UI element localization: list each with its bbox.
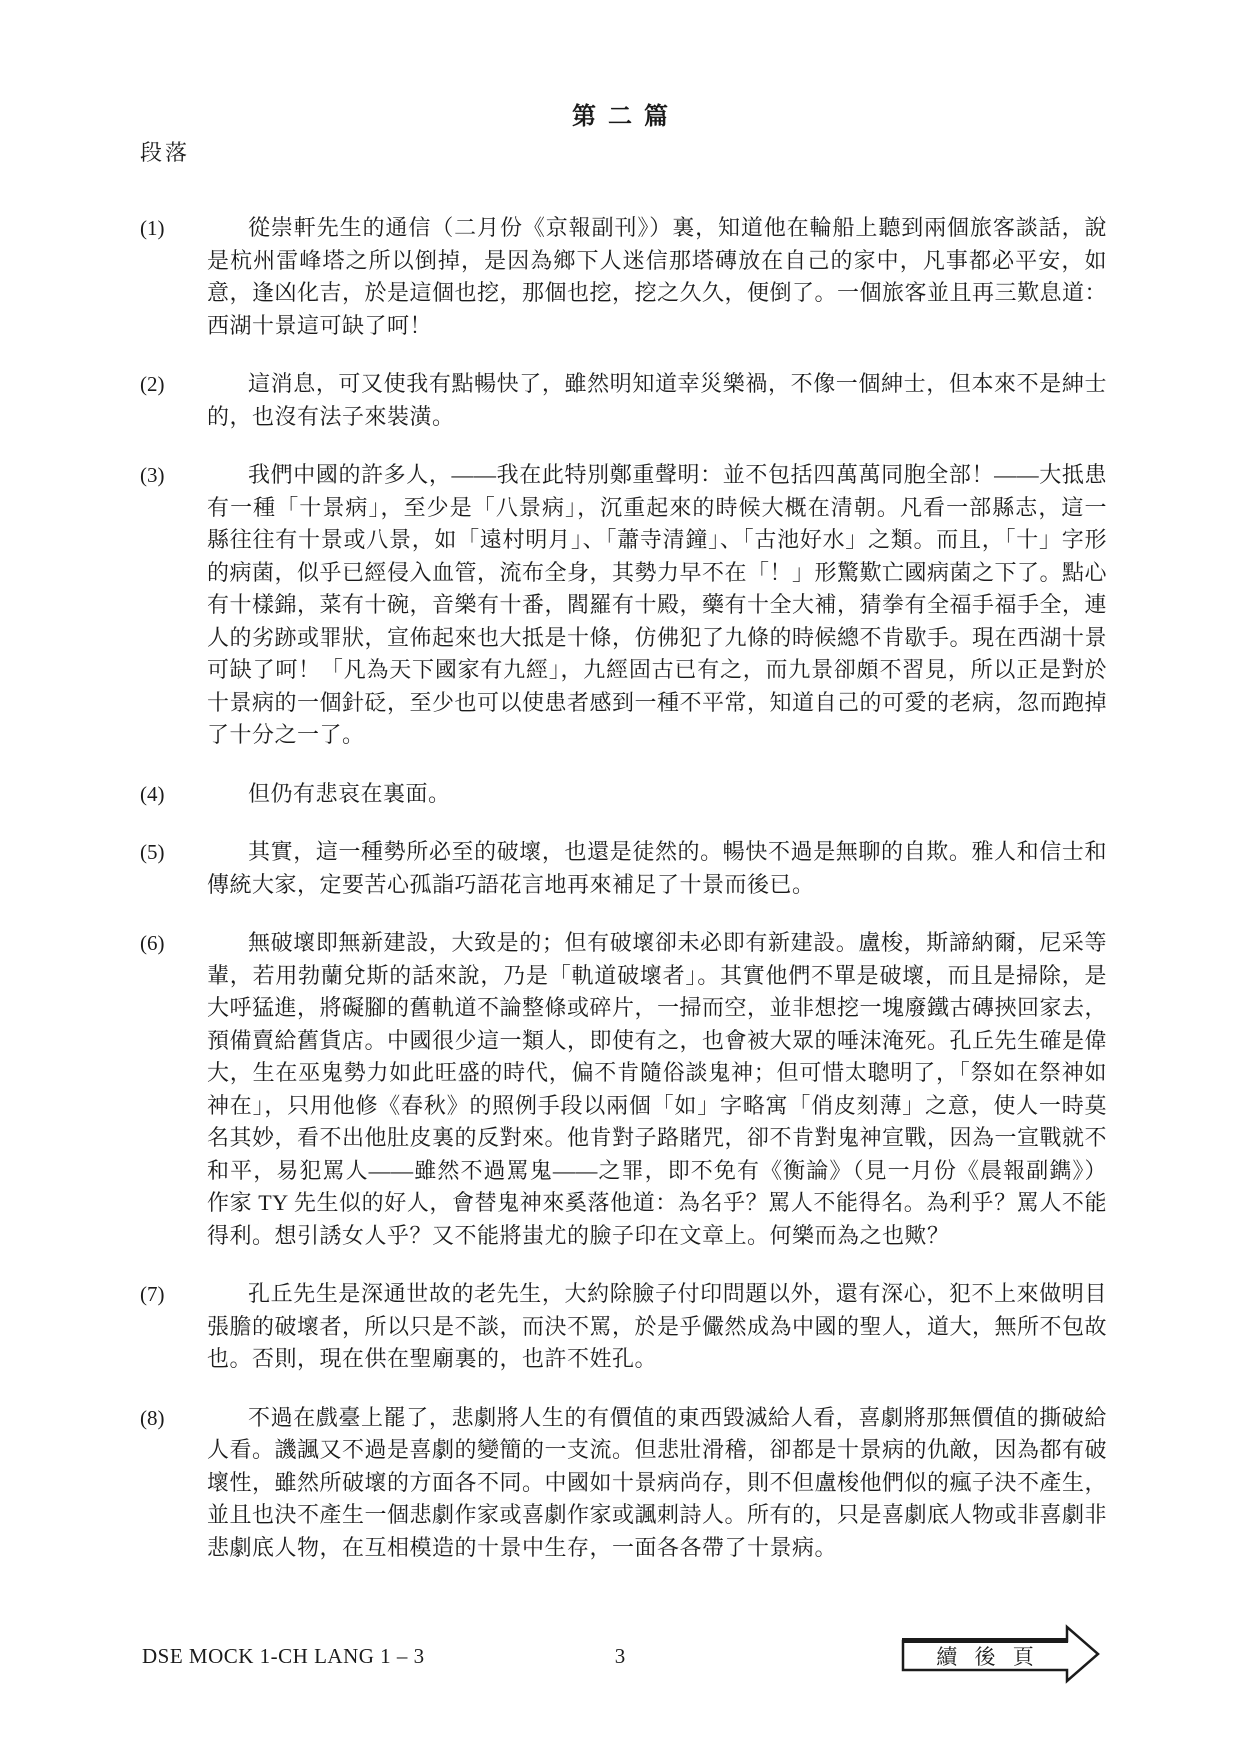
paragraph: (3)我們中國的許多人，——我在此特別鄭重聲明：並不包括四萬萬同胞全部！——大抵…	[140, 459, 1107, 752]
paragraph-number: (4)	[140, 778, 207, 811]
passage: (1)從崇軒先生的通信（二月份《京報副刊》）裏，知道他在輪船上聽到兩個旅客談話，…	[140, 212, 1107, 1590]
paragraph-text: 無破壞即無新建設，大致是的；但有破壞卻未必即有新建設。盧梭，斯諦納爾，尼采等輩，…	[207, 927, 1107, 1252]
paragraph-number: (7)	[140, 1278, 207, 1376]
paragraph-text: 其實，這一種勢所必至的破壞，也還是徒然的。暢快不過是無聊的自欺。雅人和信士和傳統…	[207, 836, 1107, 901]
continue-label: 續 後 頁	[903, 1641, 1067, 1670]
paragraph-text: 孔丘先生是深通世故的老先生，大約除臉子付印問題以外，還有深心，犯不上來做明目張膽…	[207, 1278, 1107, 1376]
paragraph: (2)這消息，可又使我有點暢快了，雖然明知道幸災樂禍，不像一個紳士，但本來不是紳…	[140, 368, 1107, 433]
paragraph-text: 不過在戲臺上罷了，悲劇將人生的有價值的東西毀滅給人看，喜劇將那無價值的撕破給人看…	[207, 1402, 1107, 1565]
paragraph-number: (8)	[140, 1402, 207, 1565]
paragraph: (1)從崇軒先生的通信（二月份《京報副刊》）裏，知道他在輪船上聽到兩個旅客談話，…	[140, 212, 1107, 342]
paragraph-number: (1)	[140, 212, 207, 342]
paragraph-number: (2)	[140, 368, 207, 433]
paragraph: (5)其實，這一種勢所必至的破壞，也還是徒然的。暢快不過是無聊的自欺。雅人和信士…	[140, 836, 1107, 901]
paragraph-text: 從崇軒先生的通信（二月份《京報副刊》）裏，知道他在輪船上聽到兩個旅客談話，說是杭…	[207, 212, 1107, 342]
paragraph-number: (6)	[140, 927, 207, 1252]
paragraph: (4)但仍有悲哀在裏面。	[140, 778, 1107, 811]
continue-page-arrow: 續 後 頁	[895, 1620, 1105, 1688]
exam-page: 第二篇 段落 (1)從崇軒先生的通信（二月份《京報副刊》）裏，知道他在輪船上聽到…	[0, 0, 1240, 1755]
paragraph-number: (3)	[140, 459, 207, 752]
paragraph: (7)孔丘先生是深通世故的老先生，大約除臉子付印問題以外，還有深心，犯不上來做明…	[140, 1278, 1107, 1376]
paragraph-text: 這消息，可又使我有點暢快了，雖然明知道幸災樂禍，不像一個紳士，但本來不是紳士的，…	[207, 368, 1107, 433]
paragraph-text: 但仍有悲哀在裏面。	[207, 778, 1107, 811]
paragraph-number: (5)	[140, 836, 207, 901]
section-label: 段落	[140, 136, 190, 167]
page-title: 第二篇	[0, 96, 1240, 131]
paragraph-text: 我們中國的許多人，——我在此特別鄭重聲明：並不包括四萬萬同胞全部！——大抵患有一…	[207, 459, 1107, 752]
paragraph: (6)無破壞即無新建設，大致是的；但有破壞卻未必即有新建設。盧梭，斯諦納爾，尼采…	[140, 927, 1107, 1252]
paragraph: (8)不過在戲臺上罷了，悲劇將人生的有價值的東西毀滅給人看，喜劇將那無價值的撕破…	[140, 1402, 1107, 1565]
